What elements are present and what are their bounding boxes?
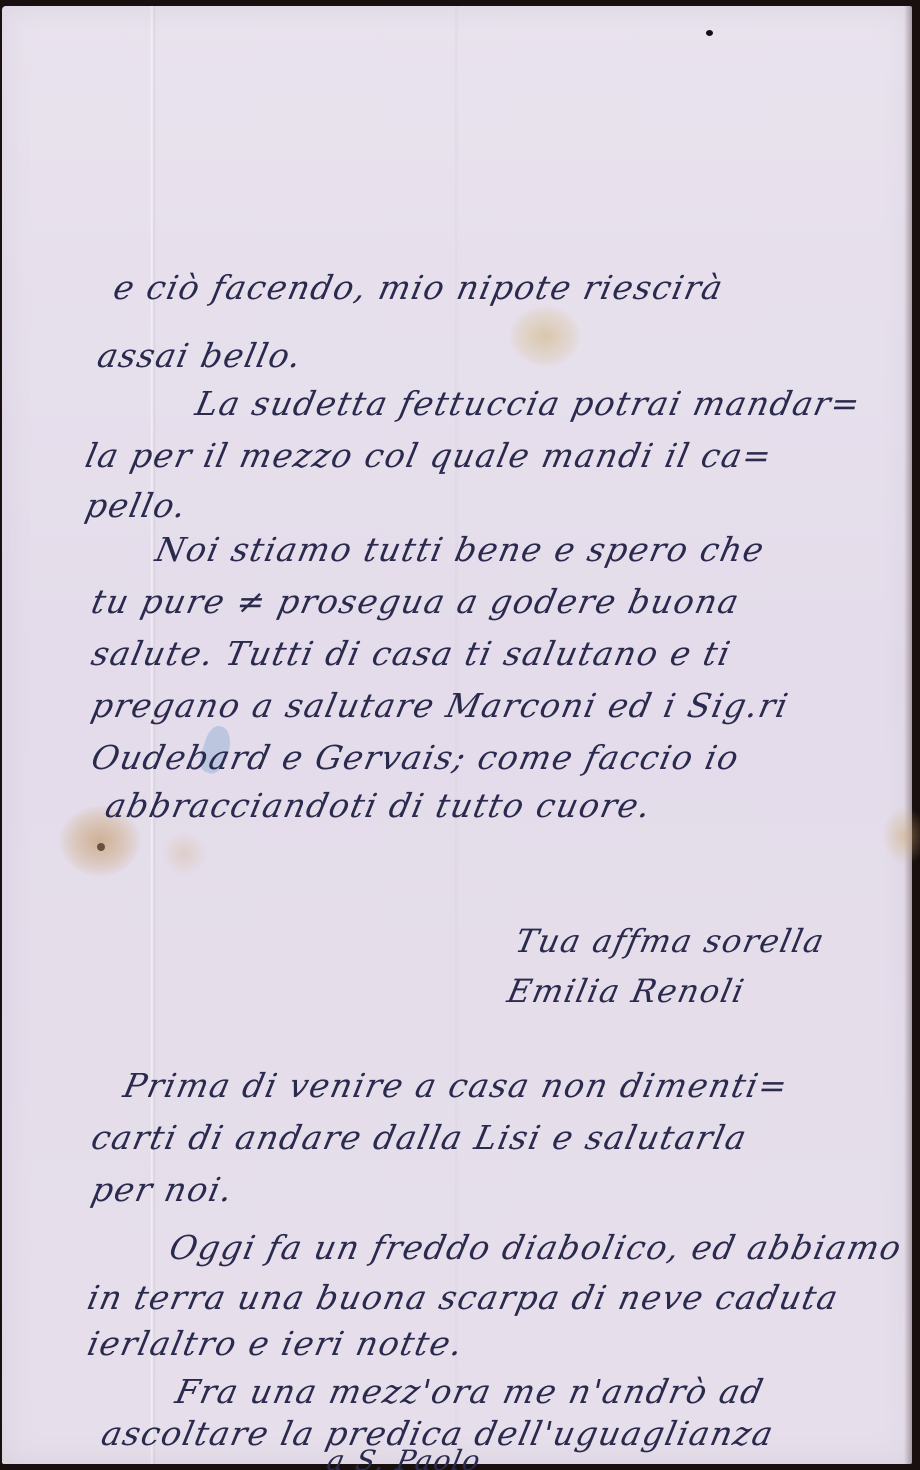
body-line: Noi stiamo tutti bene e spero che [152,530,769,569]
ink-dot-mark [706,30,713,36]
postscript-line: Fra una mezz'ora me n'andrò ad [172,1372,768,1411]
postscript-line: ierlaltro e ieri notte. [84,1324,467,1363]
body-line: assai bello. [94,336,306,375]
water-stain [510,306,580,366]
body-line: La sudetta fettuccia potrai mandar= [192,384,865,423]
postscript-line: Oggi fa un freddo diabolico, ed abbiamo [166,1228,906,1267]
body-line: pregano a salutare Marconi ed i Sig.ri [88,686,793,725]
body-line: e ciò facendo, mio nipote riescirà [110,268,727,307]
postscript-line: in terra una buona scarpa di neve caduta [84,1278,843,1317]
sheet-edge-shadow [904,6,912,1464]
postscript-line: carti di andare dalla Lisi e salutarla [88,1118,751,1157]
valediction: Tua affma sorella [512,922,829,960]
postscript-line: Prima di venire a casa non dimenti= [120,1066,792,1105]
signature: Emilia Renoli [504,972,749,1010]
body-line: salute. Tutti di casa ti salutano e ti [88,634,735,673]
edge-stain [882,806,920,866]
body-line: tu pure ≠ prosegua a godere buona [88,582,744,621]
postscript-line: a S. Paolo [324,1444,485,1470]
body-line: la per il mezzo col quale mandi il ca= [82,436,776,475]
postscript-line: per noi. [88,1170,237,1209]
faint-stain [162,831,207,876]
body-line: Oudebard e Gervais; come faccio io [88,738,743,777]
body-line: abbracciandoti di tutto cuore. [102,786,655,825]
foxing-spot [97,843,105,851]
letter-sheet: e ciò facendo, mio nipote riescirà assai… [2,6,912,1464]
body-line: pello. [82,486,191,525]
